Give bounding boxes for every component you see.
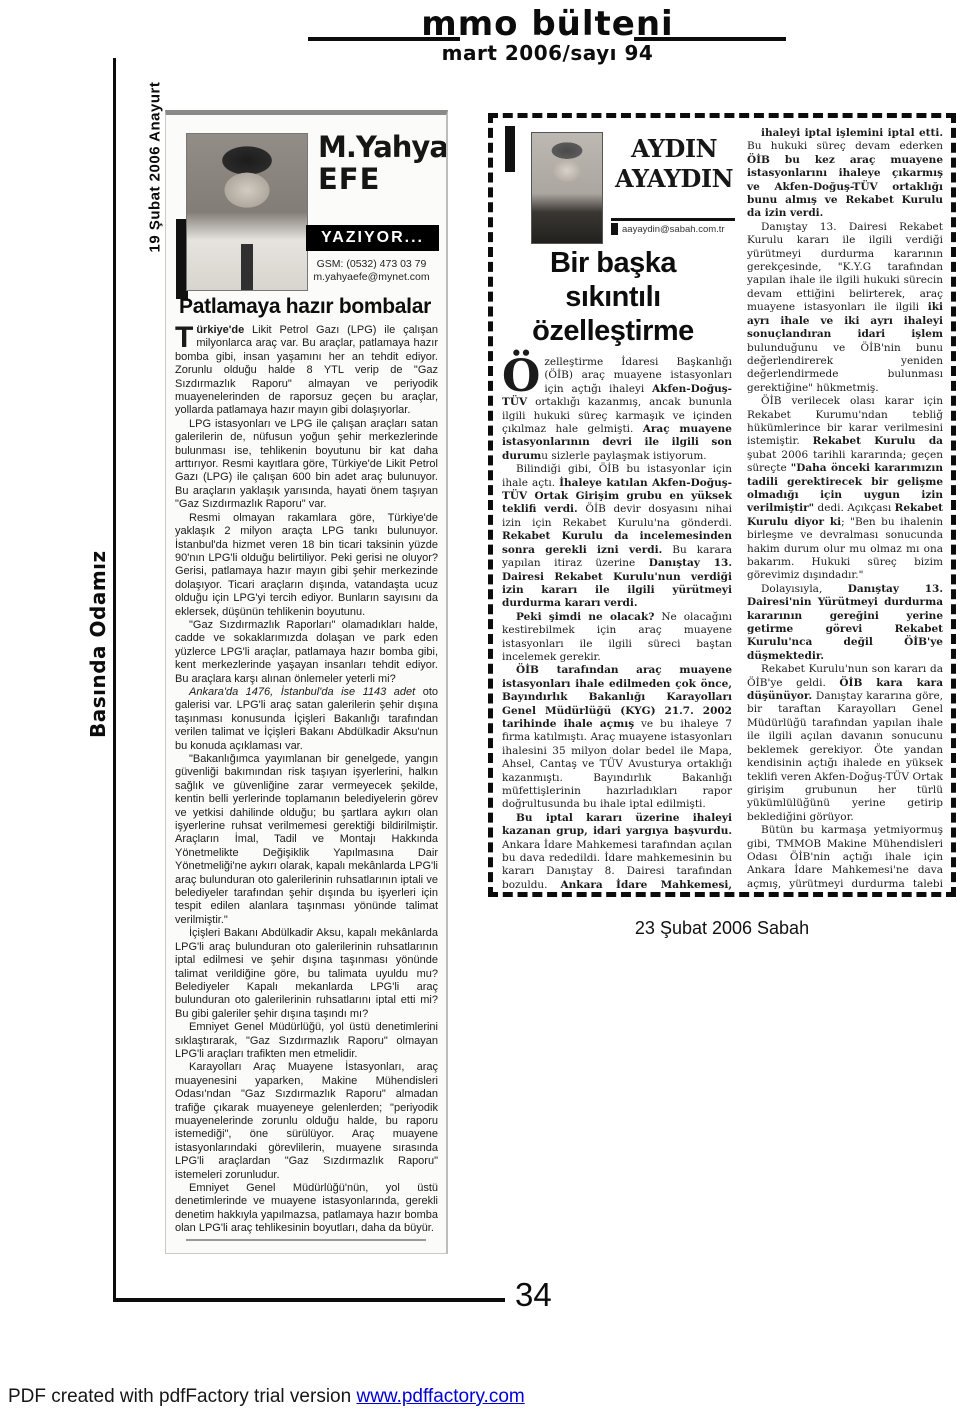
paragraph-segment: Danıştay 13. Dairesi Rekabet Kurulu kara…	[747, 221, 943, 313]
author-name-line1: AYDIN	[613, 134, 735, 164]
headline-line2: sıkıntılı	[495, 280, 731, 314]
page-number: 34	[515, 1276, 552, 1314]
article-paragraph: Danıştay 13. Dairesi Rekabet Kurulu kara…	[747, 221, 943, 395]
article-body: Türkiye'de Likit Petrol Gazı (LPG) ile ç…	[175, 324, 438, 1236]
author-email: aayaydin@sabah.com.tr	[622, 224, 725, 235]
paragraph-segment: bulunduğunu ve ÖİB'nin bunu değerlendire…	[747, 342, 943, 394]
paragraph-segment: "Gaz Sızdırmazlık Raporları" olamadıklar…	[175, 619, 438, 685]
masthead: mmo bülteni mart 2006/sayı 94	[380, 6, 715, 64]
author-name-line2: AYAYDIN	[613, 164, 735, 194]
newspaper-clipping-sabah: AYDIN AYAYDIN aayaydin@sabah.com.tr Bir …	[488, 113, 956, 897]
paragraph-segment: İçişleri Bakanı Abdülkadir Aksu, kapalı …	[175, 927, 438, 1019]
author-name-line1: M.Yahya	[318, 131, 440, 163]
paragraph-segment: "Bakanlığımca yayımlanan bir genelgede, …	[175, 753, 438, 926]
paragraph-segment: Dolayısıyla,	[761, 583, 848, 595]
paragraph-segment: ihaleyi iptal işlemini iptal etti.	[761, 127, 943, 139]
article-paragraph: Dolayısıyla, Danıştay 13. Dairesi'nin Yü…	[747, 583, 943, 663]
article-paragraph: Peki şimdi ne olacak? Ne olacağını kesti…	[502, 611, 732, 665]
article-headline: Patlamaya hazır bombalar	[174, 295, 436, 319]
right-clipping-source-caption: 23 Şubat 2006 Sabah	[488, 918, 956, 939]
article-paragraph: ÖİB verilecek olası karar için Rekabet K…	[747, 395, 943, 583]
article-paragraph: Emniyet Genel Müdürlüğü'nün, yol üstü de…	[175, 1182, 438, 1236]
article-paragraph: Özelleştirme İdaresi Başkanlığı (ÖİB) ar…	[502, 356, 732, 463]
paragraph-segment: ürkiye'de	[196, 324, 244, 336]
paragraph-segment: Bütün bu karmaşa yetmiyormuş gibi, TMMOB…	[747, 824, 943, 897]
article-paragraph: Bütün bu karmaşa yetmiyormuş gibi, TMMOB…	[747, 824, 943, 897]
page-frame-bottom-rule	[113, 1298, 505, 1302]
author-email: m.yahyaefe@mynet.com	[304, 271, 439, 283]
paragraph-segment: Danıştay kararına göre, bir taraftan Kar…	[747, 690, 943, 823]
paragraph-segment: ve bu ihaleye 7 firma katılmıştı. Araç m…	[502, 718, 732, 810]
article-paragraph: Resmi olmayan rakamlara göre, Türkiye'de…	[175, 512, 438, 619]
article-paragraph: Bu iptal kararı üzerine ihaleyi kazanan …	[502, 812, 732, 897]
article-paragraph: ihaleyi iptal işlemini iptal etti. Bu hu…	[747, 127, 943, 221]
article-paragraph: İçişleri Bakanı Abdülkadir Aksu, kapalı …	[175, 927, 438, 1021]
paragraph-segment: ÖİB bu kez araç muayene istasyonlarını i…	[747, 154, 943, 220]
author-name-line2: EFE	[318, 163, 440, 195]
bulletin-page: mmo bülteni mart 2006/sayı 94 34 19 Şuba…	[0, 0, 960, 1417]
article-column-1: Özelleştirme İdaresi Başkanlığı (ÖİB) ar…	[502, 356, 732, 897]
paragraph-segment: u sizlerle paylaşmak istiyorum.	[541, 450, 706, 462]
page-frame-vertical-rule	[113, 58, 116, 1302]
paragraph-segment: Rekabet Kurulu da	[813, 435, 943, 447]
drop-cap: T	[175, 324, 196, 350]
article-paragraph: "Gaz Sızdırmazlık Raporları" olamadıklar…	[175, 619, 438, 686]
masthead-rule-right	[634, 37, 786, 41]
headline-line3: özelleştirme	[495, 314, 731, 348]
email-bar-square	[611, 223, 618, 235]
article-paragraph: LPG istasyonları ve LPG ile çalışan araç…	[175, 418, 438, 512]
pdf-factory-footer: PDF created with pdfFactory trial versio…	[8, 1386, 525, 1408]
scan-mark	[505, 126, 515, 172]
paragraph-segment: Emniyet Genel Müdürlüğü, yol üstü deneti…	[175, 1021, 438, 1060]
author-photo-ayaydin	[531, 132, 603, 244]
masthead-subtitle: mart 2006/sayı 94	[380, 42, 715, 64]
author-photo-efe	[186, 133, 308, 291]
author-name: AYDIN AYAYDIN	[613, 134, 735, 194]
paragraph-segment: Emniyet Genel Müdürlüğü'nün, yol üstü de…	[175, 1182, 438, 1234]
author-email-bar: aayaydin@sabah.com.tr	[611, 218, 735, 235]
paragraph-segment: Karayolları Araç Muayene İstasyonları, a…	[175, 1061, 438, 1180]
author-name: M.Yahya EFE	[318, 131, 440, 195]
article-paragraph: "Bakanlığımca yayımlanan bir genelgede, …	[175, 753, 438, 927]
paragraph-segment: Bu iptal kararı üzerine ihaleyi kazanan …	[502, 812, 732, 837]
newspaper-clipping-anayurt: M.Yahya EFE YAZIYOR... GSM: (0532) 473 0…	[165, 110, 448, 1254]
paragraph-segment: Likit Petrol Gazı (LPG) ile çalışan mily…	[175, 324, 438, 416]
author-gsm: GSM: (0532) 473 03 79	[304, 258, 439, 270]
article-paragraph: Rekabet Kurulu'nun son kararı da ÖİB'ye …	[747, 663, 943, 824]
article-end-rule	[186, 1239, 426, 1241]
article-headline: Bir başka sıkıntılı özelleştirme	[495, 246, 731, 348]
byline-tag: YAZIYOR...	[306, 225, 439, 251]
paragraph-segment: Peki şimdi ne olacak?	[516, 611, 654, 623]
paragraph-segment: Bu hukuki süreç devam ederken	[747, 140, 943, 152]
article-paragraph: Türkiye'de Likit Petrol Gazı (LPG) ile ç…	[175, 324, 438, 418]
article-paragraph: Emniyet Genel Müdürlüğü, yol üstü deneti…	[175, 1021, 438, 1061]
article-column-2: ihaleyi iptal işlemini iptal etti. Bu hu…	[747, 127, 943, 897]
article-paragraph: ÖİB tarafından araç muayene istasyonları…	[502, 664, 732, 811]
section-label: Basında Odamız	[86, 568, 110, 738]
article-paragraph: Ankara'da 1476, İstanbul'da ise 1143 ade…	[175, 686, 438, 753]
paragraph-segment: Resmi olmayan rakamlara göre, Türkiye'de…	[175, 512, 438, 618]
left-clipping-source-label: 19 Şubat 2006 Anayurt	[147, 83, 164, 253]
article-paragraph: Bilindiği gibi, ÖİB bu istasyonlar için …	[502, 463, 732, 610]
pdf-factory-link[interactable]: www.pdffactory.com	[356, 1386, 524, 1407]
pdf-footer-text: PDF created with pdfFactory trial versio…	[8, 1386, 356, 1407]
article-paragraph: Karayolları Araç Muayene İstasyonları, a…	[175, 1061, 438, 1182]
headline-line1: Bir başka	[495, 246, 731, 280]
paragraph-segment: LPG istasyonları ve LPG ile çalışan araç…	[175, 418, 438, 510]
drop-cap: Ö	[502, 356, 544, 396]
paragraph-segment: dedi. Açıkçası	[814, 502, 894, 514]
paragraph-segment: Ankara'da 1476, İstanbul'da ise 1143 ade…	[189, 686, 415, 698]
